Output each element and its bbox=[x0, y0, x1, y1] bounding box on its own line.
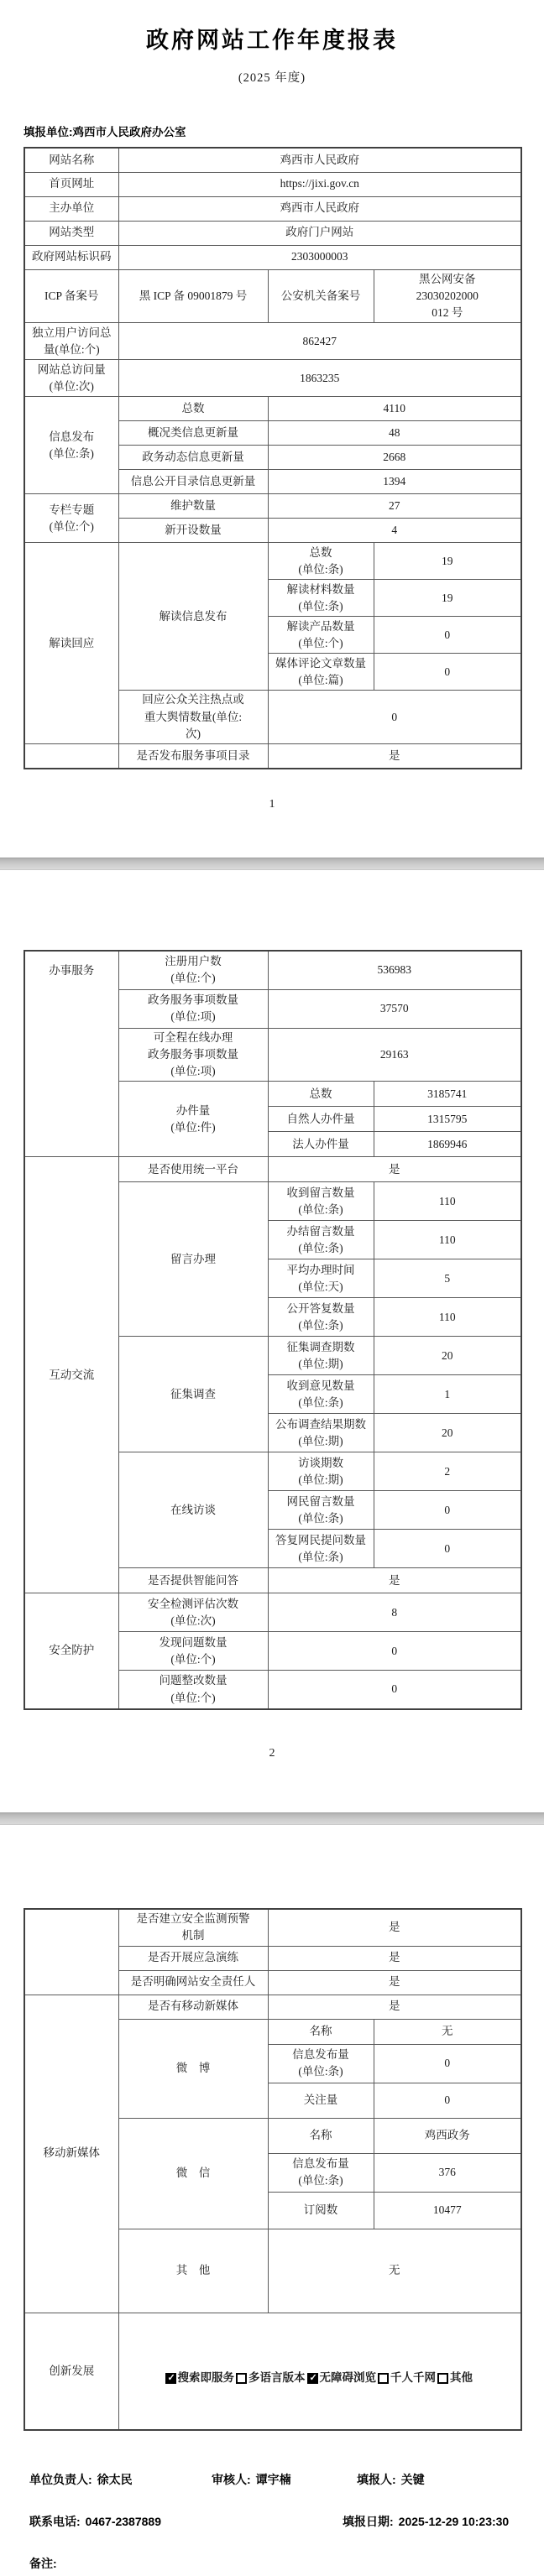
table-row: 是否发布服务事项目录 是 bbox=[24, 744, 521, 769]
row-value: 110 bbox=[374, 1182, 521, 1221]
reporting-unit: 填报单位:鸡西市人民政府办公室 bbox=[24, 123, 544, 139]
row-value: 27 bbox=[268, 494, 521, 519]
row-value: 4 bbox=[268, 519, 521, 543]
checkbox-label: 多语言版本 bbox=[248, 2370, 306, 2386]
report-page-1: 政府网站工作年度报表 (2025 年度) 填报单位:鸡西市人民政府办公室 网站名… bbox=[0, 0, 544, 858]
row-label: 媒体评论文章数量 (单位:篇) bbox=[268, 654, 374, 691]
page-separator bbox=[0, 1812, 544, 1825]
phone-value: 0467-2387889 bbox=[86, 2515, 161, 2528]
row-value: 37570 bbox=[268, 989, 521, 1028]
table-row: 网站名称 鸡西市人民政府 bbox=[24, 148, 521, 172]
has-newmedia-label: 是否有移动新媒体 bbox=[118, 1995, 268, 2019]
checkbox-icon bbox=[165, 2373, 176, 2384]
row-value: 0 bbox=[374, 2083, 521, 2118]
row-value: 1869946 bbox=[374, 1132, 521, 1157]
police-record-value: 黑公网安备 23030202000 012 号 bbox=[374, 269, 521, 323]
report-date-label: 填报日期: bbox=[343, 2515, 394, 2528]
row-label: 是否开展应急演练 bbox=[118, 1946, 268, 1970]
table-row: 互动交流 是否使用统一平台 是 bbox=[24, 1157, 521, 1182]
weibo-group-label: 微 博 bbox=[118, 2019, 268, 2118]
row-value: 1394 bbox=[268, 470, 521, 494]
row-label: 法人办件量 bbox=[268, 1132, 374, 1157]
row-label: 征集调查期数 (单位:期) bbox=[268, 1337, 374, 1375]
site-type-label: 网站类型 bbox=[24, 221, 118, 245]
site-name-value: 鸡西市人民政府 bbox=[118, 148, 521, 172]
auditor-value: 谭宇楠 bbox=[256, 2473, 291, 2486]
row-value: 0 bbox=[268, 1632, 521, 1671]
wechat-group-label: 微 信 bbox=[118, 2118, 268, 2229]
row-label: 订阅数 bbox=[268, 2192, 374, 2229]
empty-section-cell bbox=[24, 744, 118, 769]
row-value: 是 bbox=[268, 1946, 521, 1970]
icp-value: 黑 ICP 备 09001879 号 bbox=[118, 269, 268, 323]
table-row: 解读回应 解读信息发布 总数 (单位:条) 19 bbox=[24, 543, 521, 580]
page-number: 1 bbox=[0, 798, 544, 811]
row-value: 无 bbox=[374, 2019, 521, 2044]
row-value: 20 bbox=[374, 1414, 521, 1452]
sponsor-label: 主办单位 bbox=[24, 196, 118, 221]
section-innovation: 创新发展 bbox=[24, 2313, 118, 2430]
page-separator bbox=[0, 858, 544, 870]
row-label: 总数 bbox=[118, 397, 268, 421]
hot-response-label: 回应公众关注热点或 重大舆情数量(单位: 次) bbox=[118, 691, 268, 744]
table-row: 网站总访问量 (单位:次) 1863235 bbox=[24, 360, 521, 397]
messages-group-label: 留言办理 bbox=[118, 1182, 268, 1337]
interview-group-label: 在线访谈 bbox=[118, 1452, 268, 1568]
row-label: 注册用户数 (单位:个) bbox=[118, 951, 268, 989]
table-row: 办事服务 注册用户数 (单位:个) 536983 bbox=[24, 951, 521, 989]
row-value: 20 bbox=[374, 1337, 521, 1375]
checkbox-icon bbox=[236, 2373, 247, 2384]
empty-section-cell bbox=[24, 1909, 118, 1995]
innovation-options-cell: 搜索即服务多语言版本无障碍浏览千人千网其他 bbox=[118, 2313, 521, 2430]
row-label: 解读材料数量 (单位:条) bbox=[268, 580, 374, 617]
row-value: 110 bbox=[374, 1298, 521, 1337]
report-table-page3: 是否建立安全监测预警 机制 是 是否开展应急演练 是 是否明确网站安全责任人 是… bbox=[24, 1908, 522, 2431]
checkbox-label: 其他 bbox=[450, 2370, 473, 2386]
section-security: 安全防护 bbox=[24, 1593, 118, 1709]
other-media-label: 其 他 bbox=[118, 2229, 268, 2313]
row-label: 信息发布量 (单位:条) bbox=[268, 2044, 374, 2083]
section-info-pub: 信息发布 (单位:条) bbox=[24, 397, 118, 494]
row-label: 办结留言数量 (单位:条) bbox=[268, 1221, 374, 1259]
row-label: 平均办理时间 (单位:天) bbox=[268, 1259, 374, 1298]
row-value: 是 bbox=[268, 1909, 521, 1946]
row-value: 2 bbox=[374, 1452, 521, 1491]
row-label: 安全检测评估次数 (单位:次) bbox=[118, 1593, 268, 1632]
report-title: 政府网站工作年度报表 bbox=[0, 0, 544, 55]
survey-group-label: 征集调查 bbox=[118, 1337, 268, 1452]
site-name-label: 网站名称 bbox=[24, 148, 118, 172]
row-label: 收到意见数量 (单位:条) bbox=[268, 1375, 374, 1414]
unit-head-field: 单位负责人:徐太民 bbox=[29, 2471, 212, 2488]
police-record-label: 公安机关备案号 bbox=[268, 269, 374, 323]
phone-label: 联系电话: bbox=[29, 2515, 81, 2528]
row-label: 概况类信息更新量 bbox=[118, 421, 268, 446]
other-media-value: 无 bbox=[268, 2229, 521, 2313]
checkbox-option: 搜索即服务 bbox=[165, 2370, 235, 2386]
unique-visitors-label: 独立用户访问总 量(单位:个) bbox=[24, 323, 118, 360]
row-value: 0 bbox=[374, 654, 521, 691]
section-service: 办事服务 bbox=[24, 951, 118, 1157]
row-value: 536983 bbox=[268, 951, 521, 989]
row-value: 4110 bbox=[268, 397, 521, 421]
report-page-3: 是否建立安全监测预警 机制 是 是否开展应急演练 是 是否明确网站安全责任人 是… bbox=[0, 1825, 544, 2576]
row-label: 收到留言数量 (单位:条) bbox=[268, 1182, 374, 1221]
home-url-value: https://jixi.gov.cn bbox=[118, 172, 521, 196]
table-row: 是否建立安全监测预警 机制 是 bbox=[24, 1909, 521, 1946]
row-value: 48 bbox=[268, 421, 521, 446]
phone-field: 联系电话:0467-2387889 bbox=[29, 2513, 343, 2530]
home-url-label: 首页网址 bbox=[24, 172, 118, 196]
row-label: 问题整改数量 (单位:个) bbox=[118, 1671, 268, 1709]
row-value: 是 bbox=[268, 1970, 521, 1995]
row-value: 0 bbox=[374, 617, 521, 654]
row-label: 政务服务事项数量 (单位:项) bbox=[118, 989, 268, 1028]
table-row: 专栏专题 (单位:个) 维护数量 27 bbox=[24, 494, 521, 519]
table-row: 安全防护 安全检测评估次数 (单位:次) 8 bbox=[24, 1593, 521, 1632]
table-row: 首页网址 https://jixi.gov.cn bbox=[24, 172, 521, 196]
row-label: 新开设数量 bbox=[118, 519, 268, 543]
remark-label: 备注: bbox=[29, 2555, 544, 2572]
report-date-value: 2025-12-29 10:23:30 bbox=[399, 2515, 510, 2528]
checkbox-option: 无障碍浏览 bbox=[307, 2370, 377, 2386]
table-row: 信息发布 (单位:条) 总数 4110 bbox=[24, 397, 521, 421]
row-value: 19 bbox=[374, 580, 521, 617]
checkbox-option: 其他 bbox=[437, 2370, 473, 2386]
row-value: 3185741 bbox=[374, 1082, 521, 1107]
report-year: (2025 年度) bbox=[0, 68, 544, 86]
row-value: 0 bbox=[374, 1491, 521, 1530]
row-value: 8 bbox=[268, 1593, 521, 1632]
row-value: 5 bbox=[374, 1259, 521, 1298]
report-table-page2: 办事服务 注册用户数 (单位:个) 536983 政务服务事项数量 (单位:项)… bbox=[24, 950, 522, 1710]
total-visits-value: 1863235 bbox=[118, 360, 521, 397]
response-pub-label: 解读信息发布 bbox=[118, 543, 268, 691]
row-label: 可全程在线办理 政务服务事项数量 (单位:项) bbox=[118, 1028, 268, 1082]
report-date-field: 填报日期:2025-12-29 10:23:30 bbox=[343, 2513, 509, 2530]
footer-signature-line: 单位负责人:徐太民 审核人:谭宇楠 填报人:关键 bbox=[29, 2471, 544, 2488]
service-directory-label: 是否发布服务事项目录 bbox=[118, 744, 268, 769]
site-type-value: 政府门户网站 bbox=[118, 221, 521, 245]
report-page-2: 办事服务 注册用户数 (单位:个) 536983 政务服务事项数量 (单位:项)… bbox=[0, 870, 544, 1812]
auditor-label: 审核人: bbox=[212, 2473, 251, 2486]
table-row: 政府网站标识码 2303000003 bbox=[24, 245, 521, 269]
row-label: 是否明确网站安全责任人 bbox=[118, 1970, 268, 1995]
row-label: 解读产品数量 (单位:个) bbox=[268, 617, 374, 654]
row-value: 110 bbox=[374, 1221, 521, 1259]
site-code-value: 2303000003 bbox=[118, 245, 521, 269]
row-value: 0 bbox=[374, 1530, 521, 1568]
unique-visitors-value: 862427 bbox=[118, 323, 521, 360]
row-label: 名称 bbox=[268, 2118, 374, 2153]
footer-contact-line: 联系电话:0467-2387889 填报日期:2025-12-29 10:23:… bbox=[29, 2513, 544, 2530]
filler-field: 填报人:关键 bbox=[357, 2471, 425, 2488]
row-label: 公开答复数量 (单位:条) bbox=[268, 1298, 374, 1337]
unit-head-value: 徐太民 bbox=[97, 2473, 133, 2486]
table-row: 网站类型 政府门户网站 bbox=[24, 221, 521, 245]
checkbox-label: 搜索即服务 bbox=[178, 2370, 235, 2386]
row-value: 鸡西政务 bbox=[374, 2118, 521, 2153]
report-footer: 单位负责人:徐太民 审核人:谭宇楠 填报人:关键 联系电话:0467-23878… bbox=[0, 2471, 544, 2572]
row-label: 维护数量 bbox=[118, 494, 268, 519]
row-value: 376 bbox=[374, 2153, 521, 2192]
service-directory-value: 是 bbox=[268, 744, 521, 769]
row-value: 0 bbox=[374, 2044, 521, 2083]
row-label: 总数 bbox=[268, 1082, 374, 1107]
table-row: ICP 备案号 黑 ICP 备 09001879 号 公安机关备案号 黑公网安备… bbox=[24, 269, 521, 323]
row-label: 答复网民提问数量 (单位:条) bbox=[268, 1530, 374, 1568]
row-label: 政务动态信息更新量 bbox=[118, 446, 268, 470]
checkbox-label: 千人千网 bbox=[390, 2370, 436, 2386]
table-row: 独立用户访问总 量(单位:个) 862427 bbox=[24, 323, 521, 360]
has-newmedia-value: 是 bbox=[268, 1995, 521, 2019]
row-label: 是否建立安全监测预警 机制 bbox=[118, 1909, 268, 1946]
checkbox-icon bbox=[378, 2373, 389, 2384]
volume-group-label: 办件量 (单位:件) bbox=[118, 1082, 268, 1157]
row-label: 自然人办件量 bbox=[268, 1107, 374, 1132]
section-response: 解读回应 bbox=[24, 543, 118, 744]
row-label: 网民留言数量 (单位:条) bbox=[268, 1491, 374, 1530]
site-code-label: 政府网站标识码 bbox=[24, 245, 118, 269]
filler-label: 填报人: bbox=[357, 2473, 396, 2486]
row-label: 总数 (单位:条) bbox=[268, 543, 374, 580]
unit-head-label: 单位负责人: bbox=[29, 2473, 92, 2486]
table-row: 创新发展 搜索即服务多语言版本无障碍浏览千人千网其他 bbox=[24, 2313, 521, 2430]
row-label: 公布调查结果期数 (单位:期) bbox=[268, 1414, 374, 1452]
row-label: 发现问题数量 (单位:个) bbox=[118, 1632, 268, 1671]
total-visits-label: 网站总访问量 (单位:次) bbox=[24, 360, 118, 397]
hot-response-value: 0 bbox=[268, 691, 521, 744]
icp-label: ICP 备案号 bbox=[24, 269, 118, 323]
row-value: 1315795 bbox=[374, 1107, 521, 1132]
row-value: 10477 bbox=[374, 2192, 521, 2229]
checkbox-icon bbox=[437, 2373, 448, 2384]
table-row: 移动新媒体 是否有移动新媒体 是 bbox=[24, 1995, 521, 2019]
smart-qa-value: 是 bbox=[268, 1568, 521, 1593]
smart-qa-label: 是否提供智能问答 bbox=[118, 1568, 268, 1593]
row-label: 访谈期数 (单位:期) bbox=[268, 1452, 374, 1491]
unified-platform-value: 是 bbox=[268, 1157, 521, 1182]
row-label: 关注量 bbox=[268, 2083, 374, 2118]
filler-value: 关键 bbox=[401, 2473, 425, 2486]
checkbox-label: 无障碍浏览 bbox=[320, 2370, 377, 2386]
checkbox-option: 千人千网 bbox=[378, 2370, 436, 2386]
section-columns: 专栏专题 (单位:个) bbox=[24, 494, 118, 543]
row-value: 29163 bbox=[268, 1028, 521, 1082]
section-newmedia: 移动新媒体 bbox=[24, 1995, 118, 2313]
checkbox-icon bbox=[307, 2373, 318, 2384]
row-label: 信息公开目录信息更新量 bbox=[118, 470, 268, 494]
section-interaction: 互动交流 bbox=[24, 1157, 118, 1593]
table-row: 主办单位 鸡西市人民政府 bbox=[24, 196, 521, 221]
report-table-page1: 网站名称 鸡西市人民政府 首页网址 https://jixi.gov.cn 主办… bbox=[24, 147, 522, 769]
row-value: 2668 bbox=[268, 446, 521, 470]
page-number: 2 bbox=[0, 1747, 544, 1760]
sponsor-value: 鸡西市人民政府 bbox=[118, 196, 521, 221]
auditor-field: 审核人:谭宇楠 bbox=[212, 2471, 357, 2488]
row-label: 信息发布量 (单位:条) bbox=[268, 2153, 374, 2192]
row-value: 1 bbox=[374, 1375, 521, 1414]
unified-platform-label: 是否使用统一平台 bbox=[118, 1157, 268, 1182]
row-value: 19 bbox=[374, 543, 521, 580]
row-value: 0 bbox=[268, 1671, 521, 1709]
checkbox-option: 多语言版本 bbox=[236, 2370, 306, 2386]
row-label: 名称 bbox=[268, 2019, 374, 2044]
